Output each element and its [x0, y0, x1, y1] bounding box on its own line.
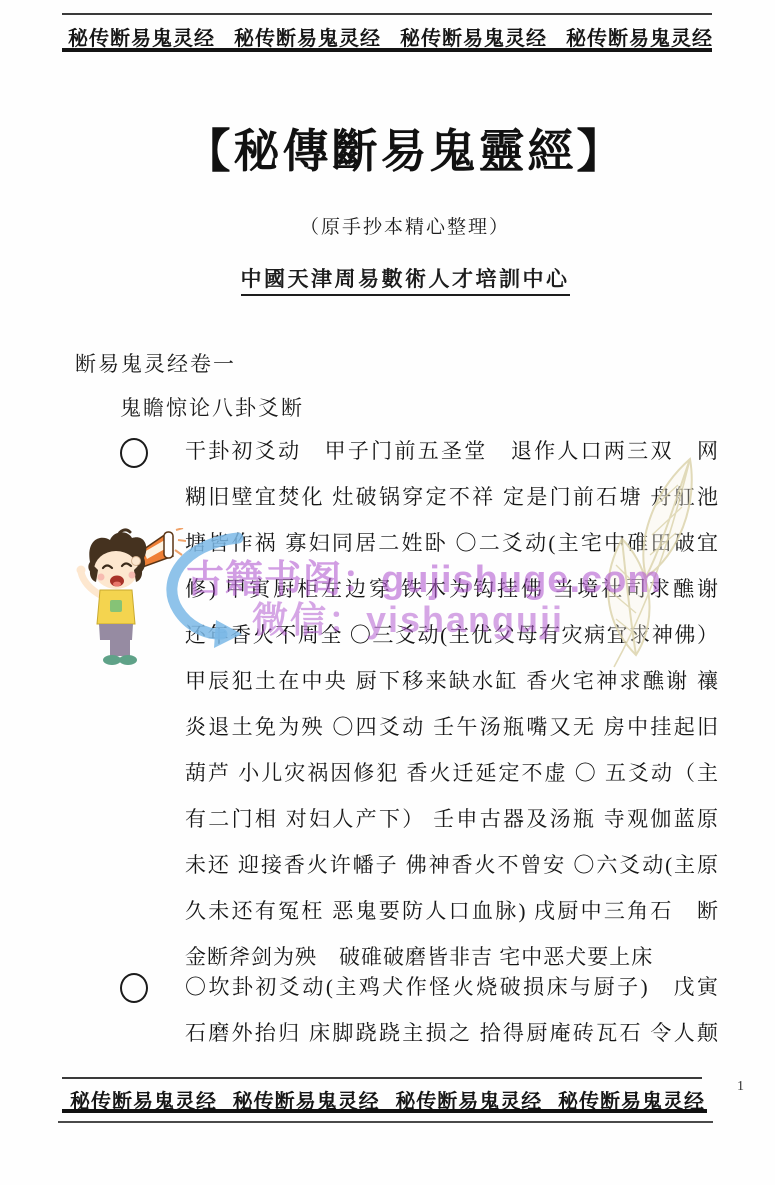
mascot-shirt	[97, 590, 135, 624]
paragraph-circle-marker	[120, 438, 148, 468]
text-line: 〇坎卦初爻动(主鸡犬作怪火烧破损床与厨子) 戊寅	[185, 964, 719, 1010]
mascot-face	[94, 551, 138, 589]
text-line: 塘皆作祸 寡妇同居二姓卧 〇二爻动(主宅中碓田破宜	[185, 520, 719, 566]
text-line: 干卦初爻动 甲子门前五圣堂 退作人口两三双 网	[185, 428, 719, 474]
document-subtitle: （原手抄本精心整理）	[300, 212, 510, 239]
footer-thick-rule	[62, 1109, 707, 1113]
paragraph-circle-marker	[120, 973, 148, 1003]
mascot-shoe	[103, 655, 121, 665]
text-line: 还年香火不周全 〇三爻动(主优父母有灾病宜求神佛）	[185, 612, 719, 658]
mascot-shoe	[119, 655, 137, 665]
text-line: 石磨外抬归 床脚跷跷主损之 拾得厨庵砖瓦石 令人颠	[185, 1010, 719, 1056]
text-line: 甲辰犯土在中央 厨下移来缺水缸 香火宅神求醮谢 禳	[185, 658, 719, 704]
paragraph-1: 干卦初爻动 甲子门前五圣堂 退作人口两三双 网 糊旧壁宜焚化 灶破锅穿定不祥 定…	[185, 428, 719, 980]
text-line: 炎退土免为殃 〇四爻动 壬午汤瓶嘴又无 房中挂起旧	[185, 704, 719, 750]
header-title-repeat: 秘传断易鬼灵经	[566, 22, 713, 51]
header-title-repeat: 秘传断易鬼灵经	[400, 22, 547, 51]
megaphone-icon	[134, 528, 186, 568]
text-line: 糊旧壁宜焚化 灶破锅穿定不祥 定是门前石塘 舟舡池	[185, 474, 719, 520]
title-block: 【秘傳斷易鬼靈經】 （原手抄本精心整理） 中國天津周易數術人才培訓中心	[165, 120, 645, 296]
footer-top-rule	[62, 1077, 702, 1079]
text-line: 久未还有冤枉 恶鬼要防人口血脉) 戌厨中三角石 断	[185, 888, 719, 934]
megaphone-boy-mascot	[74, 528, 186, 670]
text-line: 葫芦 小儿灾祸因修犯 香火迁延定不虚 〇 五爻动（主	[185, 750, 719, 796]
section-heading: 鬼瞻惊论八卦爻断	[120, 392, 304, 422]
header-title-repeat: 秘传断易鬼灵经	[68, 22, 215, 51]
header-bottom-rule	[62, 48, 712, 52]
running-header: 秘传断易鬼灵经 秘传断易鬼灵经 秘传断易鬼灵经 秘传断易鬼灵经	[68, 22, 713, 51]
mascot-hair	[88, 532, 146, 574]
text-line: 有二门相 对妇人产下） 壬申古器及汤瓶 寺观伽蓝原	[185, 796, 719, 842]
organization-line: 中國天津周易數術人才培訓中心	[241, 263, 570, 296]
scanned-document-page: 秘传断易鬼灵经 秘传断易鬼灵经 秘传断易鬼灵经 秘传断易鬼灵经 【秘傳斷易鬼靈經…	[0, 0, 775, 1185]
page-number: 1	[737, 1079, 744, 1095]
footer-bottom-rule	[58, 1121, 713, 1123]
header-top-rule	[62, 13, 712, 15]
text-line: 修) 甲寅厨柜左边穿 铁木为钩挂佛 当境社司求醮谢	[185, 566, 719, 612]
volume-heading: 断易鬼灵经卷一	[75, 348, 236, 378]
mascot-pants	[99, 624, 133, 656]
paragraph-2: 〇坎卦初爻动(主鸡犬作怪火烧破损床与厨子) 戊寅 石磨外抬归 床脚跷跷主损之 拾…	[185, 964, 719, 1056]
header-title-repeat: 秘传断易鬼灵经	[234, 22, 381, 51]
text-line: 未还 迎接香火许幡子 佛神香火不曾安 〇六爻动(主原	[185, 842, 719, 888]
document-title: 【秘傳斷易鬼靈經】	[185, 120, 626, 184]
